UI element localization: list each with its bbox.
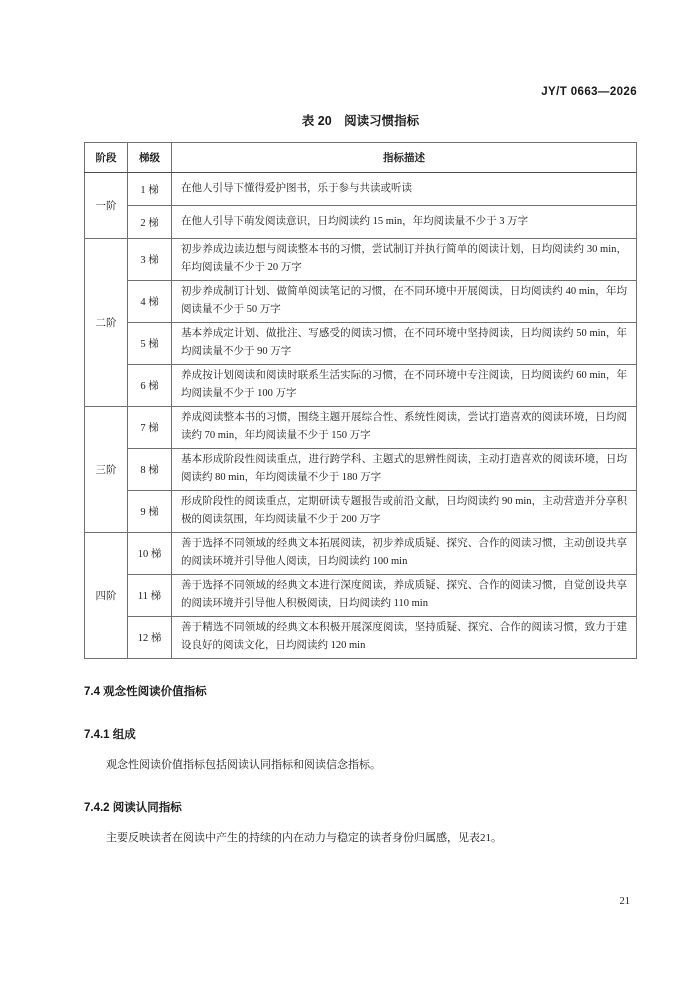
- column-header-description: 指标描述: [172, 143, 637, 173]
- doc-code: JY/T 0663—2026: [84, 86, 637, 98]
- section-heading-7-4-1: 7.4.1 组成: [84, 699, 637, 742]
- page-content: JY/T 0663—2026 表 20 阅读习惯指标 阶段 梯级 指标描述 一阶: [84, 0, 637, 845]
- desc-cell: 善于选择不同领域的经典文本进行深度阅读，养成质疑、探究、合作的阅读习惯，自觉创设…: [172, 575, 637, 617]
- table-row: 三阶 7 梯 养成阅读整本书的习惯，围绕主题开展综合性、系统性阅读，尝试打造喜欢…: [85, 407, 637, 449]
- desc-cell: 善于精选不同领域的经典文本积极开展深度阅读，坚持质疑、探究、合作的阅读习惯，致力…: [172, 617, 637, 659]
- level-cell: 8 梯: [128, 449, 172, 491]
- table-row: 5 梯 基本养成定计划、做批注、写感受的阅读习惯，在不同环境中坚持阅读，日均阅读…: [85, 323, 637, 365]
- desc-cell: 初步养成边读边想与阅读整本书的习惯，尝试制订并执行简单的阅读计划，日均阅读约 3…: [172, 239, 637, 281]
- level-cell: 10 梯: [128, 533, 172, 575]
- level-cell: 11 梯: [128, 575, 172, 617]
- column-header-stage: 阶段: [85, 143, 128, 173]
- body-sections: 7.4 观念性阅读价值指标 7.4.1 组成 观念性阅读价值指标包括阅读认同指标…: [84, 683, 637, 845]
- desc-cell: 基本养成定计划、做批注、写感受的阅读习惯，在不同环境中坚持阅读，日均阅读约 50…: [172, 323, 637, 365]
- level-cell: 5 梯: [128, 323, 172, 365]
- table-row: 11 梯 善于选择不同领域的经典文本进行深度阅读，养成质疑、探究、合作的阅读习惯…: [85, 575, 637, 617]
- table-title: 表 20 阅读习惯指标: [84, 111, 637, 129]
- section-heading-7-4-2: 7.4.2 阅读认同指标: [84, 772, 637, 815]
- level-cell: 2 梯: [128, 206, 172, 239]
- column-header-level: 梯级: [128, 143, 172, 173]
- table-row: 9 梯 形成阶段性的阅读重点，定期研读专题报告或前沿文献，日均阅读约 90 mi…: [85, 491, 637, 533]
- desc-cell: 养成阅读整本书的习惯，围绕主题开展综合性、系统性阅读，尝试打造喜欢的阅读环境，日…: [172, 407, 637, 449]
- table-row: 二阶 3 梯 初步养成边读边想与阅读整本书的习惯，尝试制订并执行简单的阅读计划，…: [85, 239, 637, 281]
- stage-cell: 四阶: [85, 533, 128, 659]
- desc-cell: 在他人引导下懂得爱护图书，乐于参与共读或听读: [172, 173, 637, 206]
- table-row: 一阶 1 梯 在他人引导下懂得爱护图书，乐于参与共读或听读: [85, 173, 637, 206]
- table-row: 2 梯 在他人引导下萌发阅读意识，日均阅读约 15 min，年均阅读量不少于 3…: [85, 206, 637, 239]
- desc-cell: 基本形成阶段性阅读重点，进行跨学科、主题式的思辨性阅读，主动打造喜欢的阅读环境，…: [172, 449, 637, 491]
- table-row: 4 梯 初步养成制订计划、做简单阅读笔记的习惯，在不同环境中开展阅读，日均阅读约…: [85, 281, 637, 323]
- table-row: 6 梯 养成按计划阅读和阅读时联系生活实际的习惯，在不同环境中专注阅读，日均阅读…: [85, 365, 637, 407]
- section-paragraph-composition: 观念性阅读价值指标包括阅读认同指标和阅读信念指标。: [84, 742, 637, 772]
- document-page: JY/T 0663—2026 表 20 阅读习惯指标 阶段 梯级 指标描述 一阶: [0, 0, 700, 990]
- section-paragraph-identity: 主要反映读者在阅读中产生的持续的内在动力与稳定的读者身份归属感，见表21。: [84, 815, 637, 845]
- desc-cell: 养成按计划阅读和阅读时联系生活实际的习惯，在不同环境中专注阅读，日均阅读约 60…: [172, 365, 637, 407]
- desc-cell: 初步养成制订计划、做简单阅读笔记的习惯，在不同环境中开展阅读，日均阅读约 40 …: [172, 281, 637, 323]
- section-heading-7-4: 7.4 观念性阅读价值指标: [84, 683, 637, 699]
- table-row: 四阶 10 梯 善于选择不同领域的经典文本拓展阅读，初步养成质疑、探究、合作的阅…: [85, 533, 637, 575]
- table-row: 12 梯 善于精选不同领域的经典文本积极开展深度阅读，坚持质疑、探究、合作的阅读…: [85, 617, 637, 659]
- stage-cell: 一阶: [85, 173, 128, 239]
- level-cell: 9 梯: [128, 491, 172, 533]
- page-number: 21: [620, 896, 631, 907]
- level-cell: 1 梯: [128, 173, 172, 206]
- stage-cell: 三阶: [85, 407, 128, 533]
- reading-habits-table: 阶段 梯级 指标描述 一阶 1 梯 在他人引导下懂得爱护图书，乐于参与共读或听读…: [84, 142, 637, 659]
- desc-cell: 善于选择不同领域的经典文本拓展阅读，初步养成质疑、探究、合作的阅读习惯，主动创设…: [172, 533, 637, 575]
- desc-cell: 形成阶段性的阅读重点，定期研读专题报告或前沿文献，日均阅读约 90 min，主动…: [172, 491, 637, 533]
- level-cell: 12 梯: [128, 617, 172, 659]
- table-header-row: 阶段 梯级 指标描述: [85, 143, 637, 173]
- level-cell: 3 梯: [128, 239, 172, 281]
- table-row: 8 梯 基本形成阶段性阅读重点，进行跨学科、主题式的思辨性阅读，主动打造喜欢的阅…: [85, 449, 637, 491]
- level-cell: 6 梯: [128, 365, 172, 407]
- level-cell: 7 梯: [128, 407, 172, 449]
- level-cell: 4 梯: [128, 281, 172, 323]
- desc-cell: 在他人引导下萌发阅读意识，日均阅读约 15 min，年均阅读量不少于 3 万字: [172, 206, 637, 239]
- stage-cell: 二阶: [85, 239, 128, 407]
